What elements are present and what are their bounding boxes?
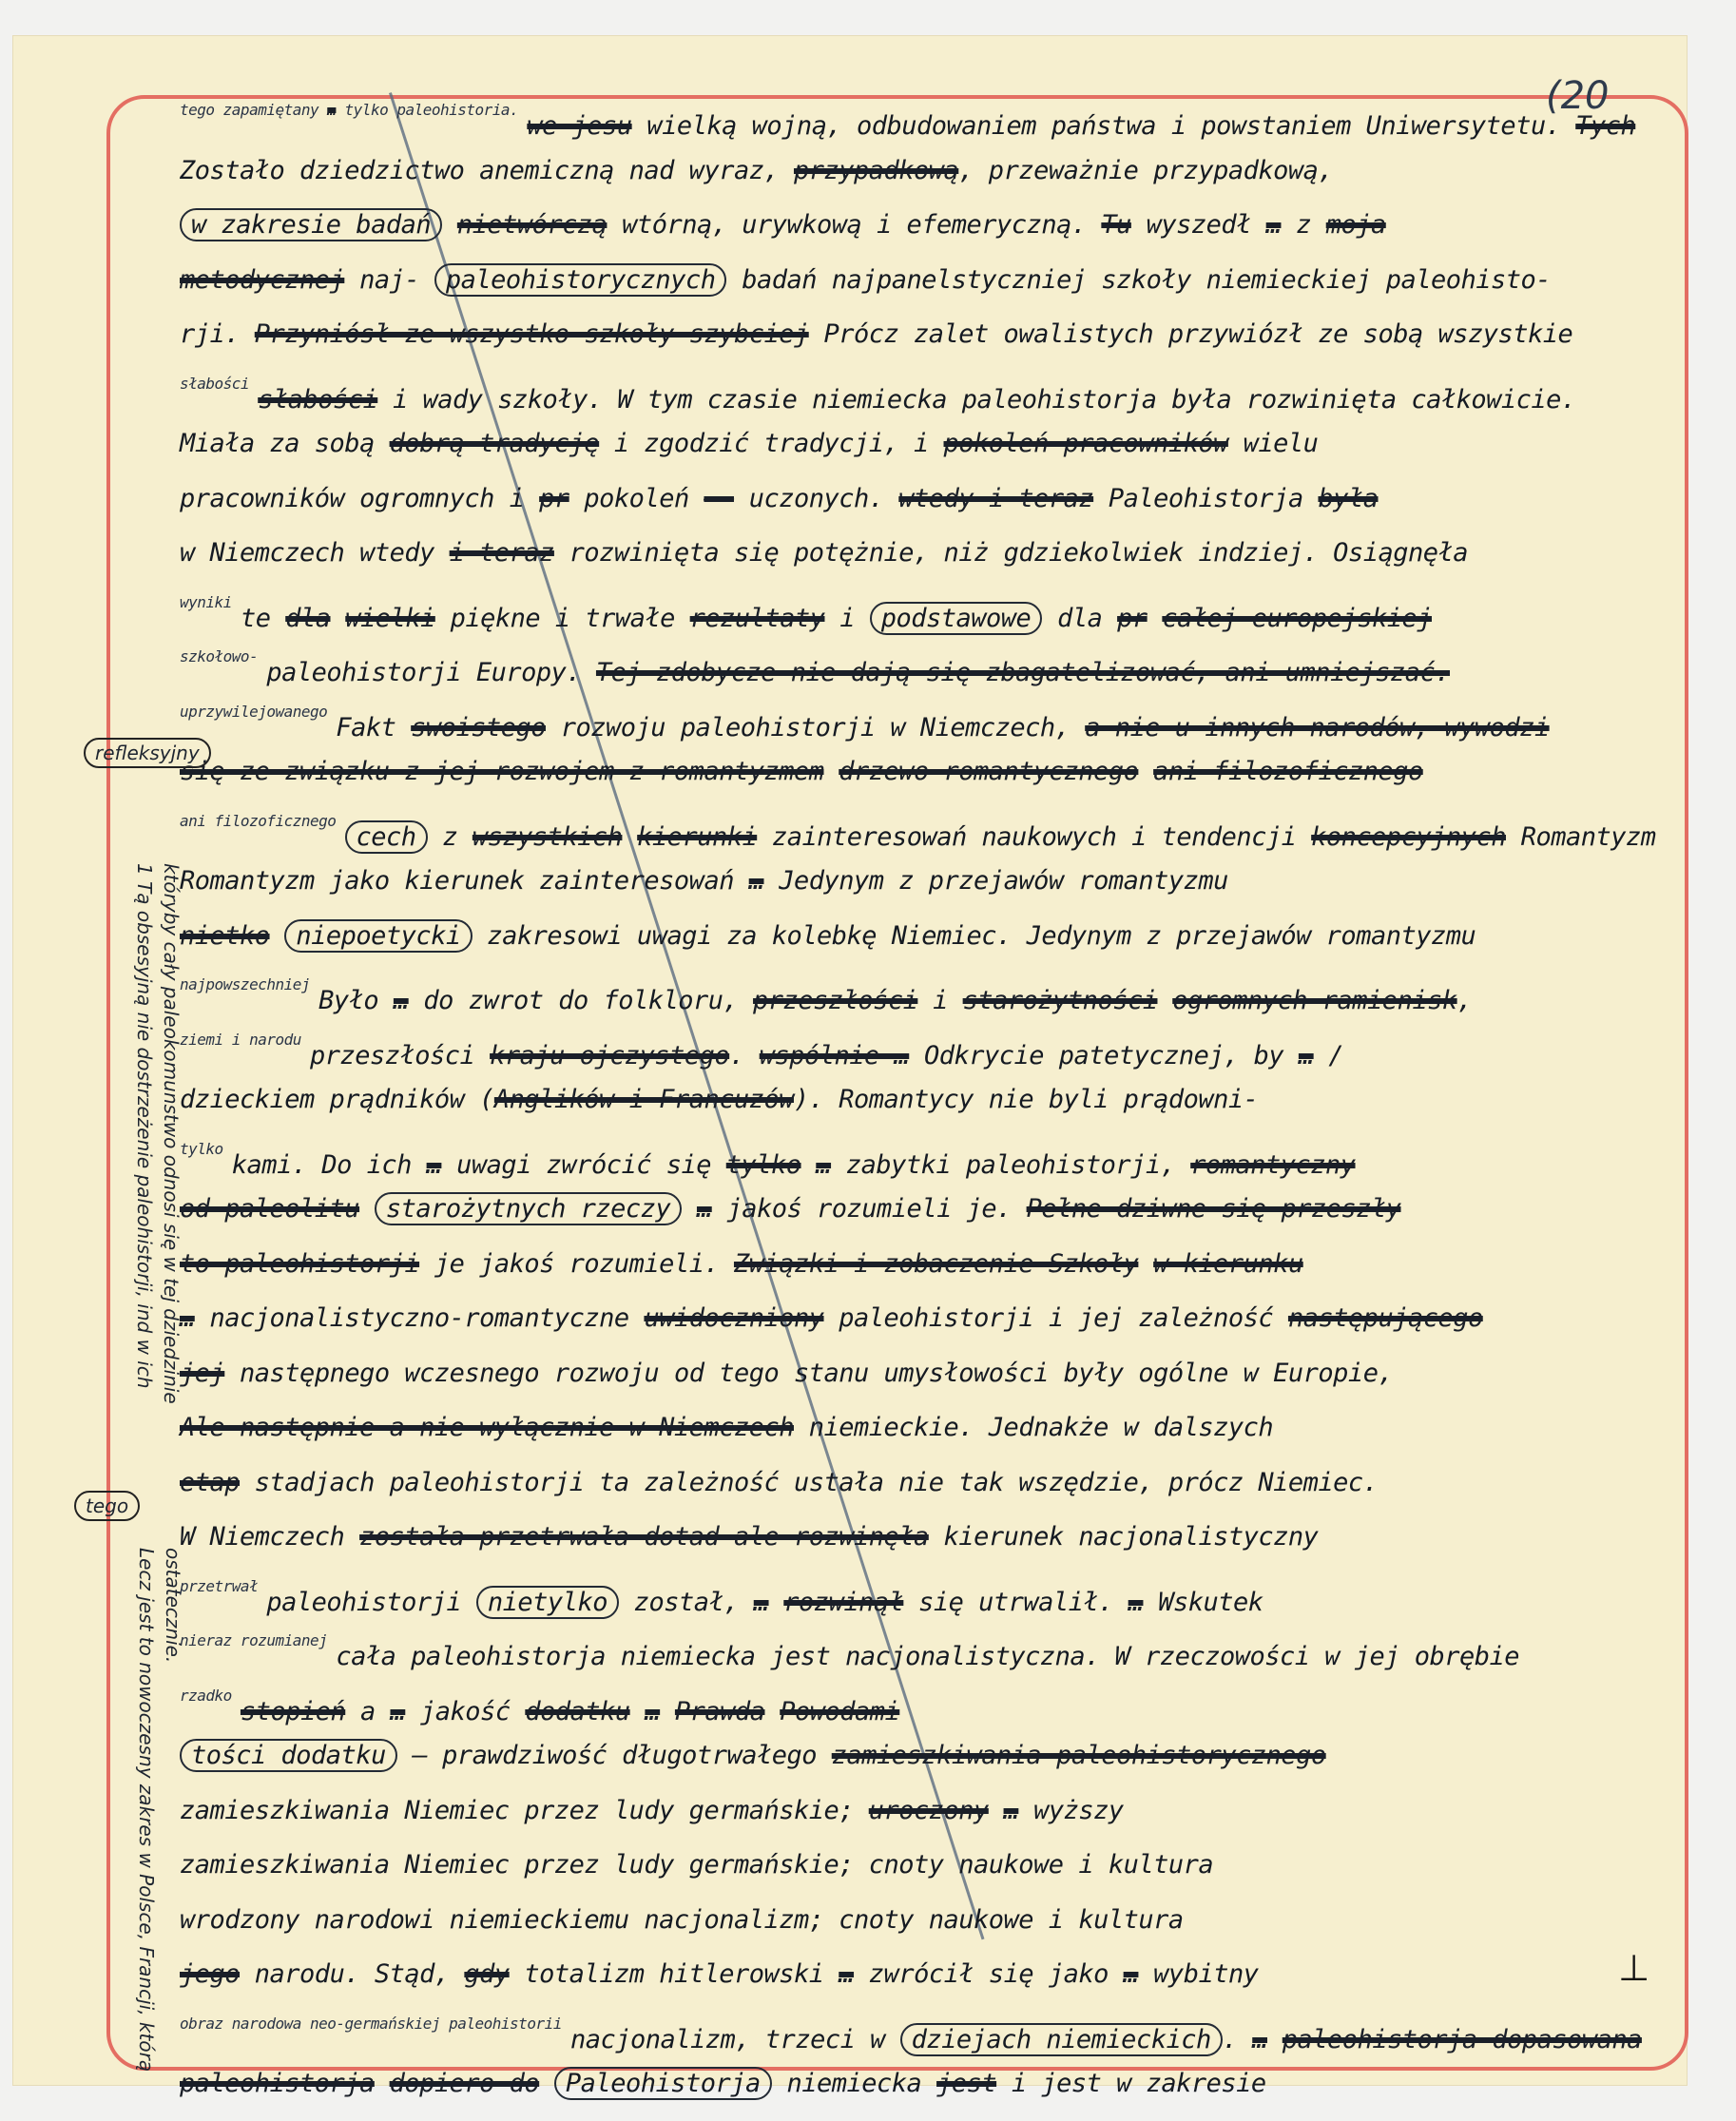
struck-text: dobrą tradycję	[390, 429, 600, 458]
manuscript-line: ziemi i narodu przeszłości kraju ojczyst…	[180, 1032, 1672, 1088]
struck-text: pr	[1117, 604, 1148, 633]
struck-text: Pełne dziwne się przeszły	[1027, 1194, 1401, 1224]
manuscript-page: (20 tego zapamiętany … tylko paleohistor…	[13, 36, 1687, 2085]
manuscript-line: zamieszkiwania Niemiec przez ludy germań…	[180, 1798, 1672, 1853]
circled-text: paleohistorycznych	[434, 263, 727, 297]
interlinear-insertion: tego zapamiętany … tylko paleohistoria.	[180, 101, 527, 119]
circled-text: niepoetycki	[284, 919, 472, 953]
manuscript-line: jego narodu. Stąd, gdy totalizm hitlerow…	[180, 1961, 1672, 2016]
struck-text: paleohistorja	[180, 2069, 375, 2098]
struck-text: ogromnych ramienisk	[1172, 986, 1456, 1015]
struck-text: pokoleń pracowników	[944, 429, 1228, 458]
manuscript-line: paleohistorja dopiero do Paleohistorja n…	[180, 2071, 1672, 2121]
interlinear-insertion: uprzywilejowanego	[180, 703, 336, 721]
struck-text: Związki i zobaczenie Szkoły	[734, 1249, 1138, 1279]
struck-text: Prawda	[675, 1697, 765, 1726]
struck-text: wielki	[345, 604, 435, 633]
struck-text: …	[327, 101, 336, 119]
struck-text: dla	[285, 604, 330, 633]
struck-text: nietko	[180, 921, 270, 951]
circled-text: w zakresie badań	[180, 208, 442, 241]
interlinear-insertion: wyniki	[180, 593, 241, 611]
struck-text: stopień	[241, 1697, 345, 1726]
struck-text: a nie u innych narodów, wywodzi	[1085, 713, 1549, 742]
struck-text: była	[1318, 484, 1378, 513]
manuscript-line: dzieckiem prądników (Anglików i Francuzó…	[180, 1087, 1672, 1142]
struck-text: słabości	[258, 385, 377, 415]
struck-text: Tych	[1575, 111, 1635, 141]
margin-tag-tego: tego	[74, 1491, 140, 1521]
interlinear-insertion: najpowszechniej	[180, 975, 318, 993]
struck-text: Tu	[1101, 210, 1131, 240]
manuscript-line: słabości słabości i wady szkoły. W tym c…	[180, 376, 1672, 432]
manuscript-line: metodycznej naj- paleohistorycznych bada…	[180, 267, 1672, 322]
struck-text: uwidoczniony	[644, 1303, 823, 1333]
struck-text: …	[1299, 1041, 1314, 1070]
struck-text: …	[1128, 1588, 1144, 1617]
struck-text: zamieszkiwania paleohistorycznego	[832, 1741, 1326, 1770]
struck-text: ——	[704, 484, 734, 513]
struck-text: …	[749, 866, 764, 896]
manuscript-line: uprzywilejowanego Fakt swoistego rozwoju…	[180, 704, 1672, 760]
circled-text: podstawowe	[870, 602, 1043, 635]
manuscript-line: tylko kami. Do ich … uwagi zwrócić się t…	[180, 1142, 1672, 1197]
margin-note-3: Lecz jest to nowoczesny zakres w Polsce,…	[135, 1548, 158, 2072]
interlinear-insertion: tylko	[180, 1140, 232, 1158]
manuscript-line: … nacjonalistyczno-romantyczne uwidoczni…	[180, 1305, 1672, 1360]
struck-text: dopiero do	[390, 2069, 540, 2098]
manuscript-line: zamieszkiwania Niemiec przez ludy germań…	[180, 1852, 1672, 1907]
manuscript-line: wyniki te dla wielki piękne i trwałe rez…	[180, 595, 1672, 650]
struck-text: tylko	[726, 1150, 801, 1180]
struck-text: …	[839, 1959, 854, 1989]
struck-text: …	[754, 1588, 769, 1617]
manuscript-line: rzadko stopień a … jakość dodatku … Praw…	[180, 1688, 1672, 1744]
struck-text: …	[645, 1697, 660, 1726]
manuscript-line: przetrwał paleohistorji nietylko został,…	[180, 1579, 1672, 1634]
interlinear-insertion: rzadko	[180, 1687, 241, 1705]
interlinear-insertion: słabości	[180, 375, 258, 393]
circled-text: Paleohistorja	[554, 2067, 772, 2100]
struck-text: się ze związku z jej rozwojem z romantyz…	[180, 757, 823, 786]
struck-text: przeszłości	[753, 986, 917, 1015]
interlinear-insertion: przetrwał	[180, 1577, 266, 1595]
struck-text: Ale następnie a nie wyłącznie w Niemczec…	[180, 1413, 794, 1442]
struck-text: Przyniósł ze wszystko szkoły szybciej	[255, 319, 809, 349]
manuscript-line: w zakresie badań nietwórczą wtórną, uryw…	[180, 212, 1672, 267]
struck-text: wszystkich	[473, 822, 623, 852]
manuscript-line: najpowszechniej Było … do zwrot do folkl…	[180, 977, 1672, 1032]
manuscript-line: od paleolitu starożytnych rzeczy … jakoś…	[180, 1196, 1672, 1251]
struck-text: paleohistorja dopasowana	[1283, 2025, 1642, 2054]
struck-text: następującego	[1288, 1303, 1483, 1333]
struck-text: Anglików i Francuzów	[494, 1085, 794, 1114]
struck-text: Powodami	[780, 1697, 899, 1726]
struck-text: …	[427, 1150, 442, 1180]
manuscript-line: to paleohistorji je jakoś rozumieli. Zwi…	[180, 1251, 1672, 1306]
interlinear-insertion: ani filozoficznego	[180, 812, 345, 830]
struck-text: …	[1124, 1959, 1139, 1989]
struck-text: pr	[539, 484, 569, 513]
struck-text: rezultaty	[690, 604, 825, 633]
manuscript-line: Miała za sobą dobrą tradycję i zgodzić t…	[180, 431, 1672, 486]
struck-text: jej	[180, 1359, 224, 1388]
manuscript-line: szkołowo- paleohistorji Europy. Tej zdob…	[180, 649, 1672, 704]
manuscript-text: tego zapamiętany … tylko paleohistoria. …	[180, 103, 1672, 2121]
manuscript-line: Ale następnie a nie wyłącznie w Niemczec…	[180, 1415, 1672, 1470]
struck-text: całej europejskiej	[1162, 604, 1432, 633]
manuscript-line: etap stadjach paleohistorji ta zależność…	[180, 1470, 1672, 1525]
interlinear-insertion: ziemi i narodu	[180, 1031, 310, 1049]
struck-text: …	[816, 1150, 831, 1180]
manuscript-line: Romantyzm jako kierunek zainteresowań … …	[180, 868, 1672, 923]
manuscript-line: nietko niepoetycki zakresowi uwagi za ko…	[180, 923, 1672, 978]
struck-text: nietwórczą	[457, 210, 608, 240]
circled-text: cech	[345, 820, 428, 854]
manuscript-line: jej następnego wczesnego rozwoju od tego…	[180, 1360, 1672, 1416]
interlinear-insertion: nieraz rozumianej	[180, 1631, 336, 1649]
circled-text: starożytnych rzeczy	[375, 1192, 682, 1225]
interlinear-insertion: szkołowo-	[180, 647, 266, 665]
manuscript-line: ani filozoficznego cech z wszystkich kie…	[180, 814, 1672, 869]
manuscript-line: obraz narodowa neo-germańskiej paleohist…	[180, 2016, 1672, 2072]
struck-text: wtedy i teraz	[898, 484, 1093, 513]
manuscript-line: nieraz rozumianej cała paleohistorja nie…	[180, 1633, 1672, 1688]
struck-text: wspólnie …	[760, 1041, 910, 1070]
struck-text: …	[1252, 2025, 1267, 2054]
manuscript-line: tego zapamiętany … tylko paleohistoria. …	[180, 103, 1672, 158]
struck-text: …	[697, 1194, 712, 1224]
struck-text: …	[394, 986, 409, 1015]
struck-text: etap	[180, 1468, 240, 1497]
struck-text: w kierunku	[1153, 1249, 1303, 1279]
struck-text: uroczony	[869, 1796, 989, 1825]
struck-text: we jesu	[527, 111, 631, 141]
manuscript-line: Zostało dziedzictwo anemiczną nad wyraz,…	[180, 158, 1672, 213]
struck-text: romantyczny	[1190, 1150, 1355, 1180]
margin-note-4: ostatecznie.	[162, 1548, 184, 1663]
manuscript-line: pracowników ogromnych i pr pokoleń —— uc…	[180, 486, 1672, 541]
struck-text: drzewo romantycznego	[839, 757, 1138, 786]
struck-text: i teraz	[450, 538, 554, 568]
margin-note-2: któryby cały paleokomunstwo odnosi się w…	[160, 863, 183, 1404]
struck-text: przypadkową	[794, 156, 958, 185]
struck-text: Tej zdobycze nie dają się zbagatelizować…	[596, 658, 1450, 687]
struck-text: …	[391, 1697, 406, 1726]
struck-text: …	[1266, 210, 1282, 240]
circled-text: dziejach niemieckich	[900, 2023, 1223, 2056]
struck-text: moja	[1326, 210, 1386, 240]
struck-text: jego	[180, 1959, 240, 1989]
manuscript-line: w Niemczech wtedy i teraz rozwinięta się…	[180, 540, 1672, 595]
struck-text: od paleolitu	[180, 1194, 359, 1224]
manuscript-line: wrodzony narodowi niemieckiemu nacjonali…	[180, 1907, 1672, 1962]
margin-tag-refleksyjny: refleksyjny	[84, 738, 211, 768]
struck-text: to paleohistorji	[180, 1249, 419, 1279]
struck-text: …	[1004, 1796, 1019, 1825]
manuscript-line: W Niemczech została przetrwała dotad ale…	[180, 1524, 1672, 1579]
manuscript-line: rji. Przyniósł ze wszystko szkoły szybci…	[180, 321, 1672, 376]
struck-text: jest	[936, 2069, 996, 2098]
struck-text: kierunki	[637, 822, 757, 852]
margin-note-1: 1 Tą obsesyjną nie dostrzeżenie paleohis…	[133, 863, 156, 1389]
manuscript-line: się ze związku z jej rozwojem z romantyz…	[180, 759, 1672, 814]
struck-text: swoistego	[411, 713, 546, 742]
interlinear-insertion: obraz narodowa neo-germańskiej paleohist…	[180, 2015, 570, 2033]
struck-text: rozwinął	[783, 1588, 903, 1617]
struck-text: została przetrwała dotad ale rozwinęła	[359, 1522, 929, 1552]
manuscript-line: tości dodatku — prawdziwość długotrwałeg…	[180, 1743, 1672, 1798]
struck-text: dodatku	[525, 1697, 629, 1726]
struck-text: gdy	[464, 1959, 509, 1989]
struck-text: koncepcyjnych	[1311, 822, 1506, 852]
struck-text: starożytności	[963, 986, 1158, 1015]
struck-text: metodycznej	[180, 265, 344, 295]
struck-text: ani filozoficznego	[1153, 757, 1423, 786]
circled-text: tości dodatku	[180, 1739, 397, 1772]
struck-text: kraju ojczystego	[490, 1041, 729, 1070]
end-mark: ⊥	[1618, 1947, 1649, 1989]
circled-text: nietylko	[476, 1586, 619, 1619]
